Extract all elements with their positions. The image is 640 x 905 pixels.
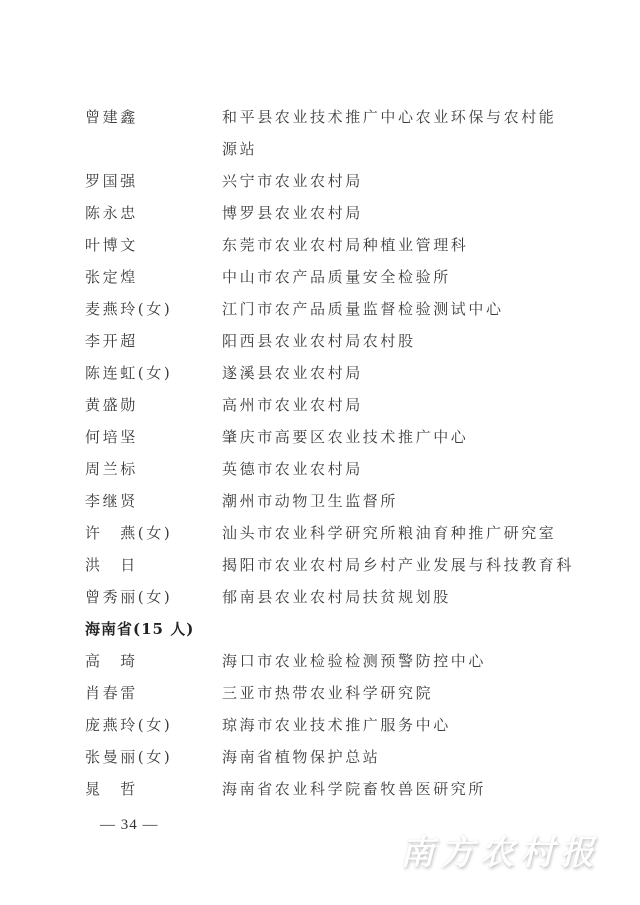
person-name: 曾建鑫 [85, 106, 138, 128]
work-unit: 汕头市农业科学研究所粮油育种推广研究室 [222, 522, 556, 544]
work-unit: 东莞市农业农村局种植业管理科 [222, 234, 468, 256]
work-unit: 博罗县农业农村局 [222, 202, 363, 224]
work-unit: 江门市农产品质量监督检验测试中心 [222, 298, 504, 320]
person-name: 许 燕(女) [85, 522, 172, 544]
work-unit: 郁南县农业农村局扶贫规划股 [222, 586, 451, 608]
person-name: 李开超 [85, 330, 138, 352]
work-unit: 中山市农产品质量安全检验所 [222, 266, 451, 288]
person-name: 黄盛勋 [85, 394, 138, 416]
work-unit: 揭阳市农业农村局乡村产业发展与科技教育科 [222, 554, 574, 576]
person-name: 陈永忠 [85, 202, 138, 224]
work-unit: 琼海市农业技术推广服务中心 [222, 714, 451, 736]
person-name: 高 琦 [85, 650, 138, 672]
work-unit: 遂溪县农业农村局 [222, 362, 363, 384]
work-unit: 和平县农业技术推广中心农业环保与农村能 [222, 106, 556, 128]
work-unit: 英德市农业农村局 [222, 458, 363, 480]
person-name: 罗国强 [85, 170, 138, 192]
person-name: 李继贤 [85, 490, 138, 512]
work-unit: 海口市农业检验检测预警防控中心 [222, 650, 486, 672]
person-name: 曾秀丽(女) [85, 586, 172, 608]
work-unit: 肇庆市高要区农业技术推广中心 [222, 426, 468, 448]
person-name: 张定煌 [85, 266, 138, 288]
person-name: 麦燕玲(女) [85, 298, 172, 320]
work-unit: 阳西县农业农村局农村股 [222, 330, 416, 352]
person-name: 晁 哲 [85, 778, 138, 800]
work-unit: 高州市农业农村局 [222, 394, 363, 416]
person-name: 洪 日 [85, 554, 138, 576]
work-unit: 海南省植物保护总站 [222, 746, 380, 768]
person-name: 陈连虹(女) [85, 362, 172, 384]
work-unit: 潮州市动物卫生监督所 [222, 490, 398, 512]
document-page: 曾建鑫 和平县农业技术推广中心农业环保与农村能 源站 罗国强 兴宁市农业农村局 … [0, 0, 640, 905]
work-unit: 三亚市热带农业科学研究院 [222, 682, 433, 704]
person-name: 张曼丽(女) [85, 746, 172, 768]
work-unit-continued: 源站 [222, 138, 257, 160]
section-heading-hainan: 海南省(15 人) [85, 618, 194, 640]
page-number: — 34 — [100, 815, 159, 835]
watermark-logo: 南方农村报 [400, 833, 600, 873]
person-name: 肖春雷 [85, 682, 138, 704]
person-name: 叶博文 [85, 234, 138, 256]
work-unit: 海南省农业科学院畜牧兽医研究所 [222, 778, 486, 800]
person-name: 周兰标 [85, 458, 138, 480]
person-name: 庞燕玲(女) [85, 714, 172, 736]
work-unit: 兴宁市农业农村局 [222, 170, 363, 192]
person-name: 何培坚 [85, 426, 138, 448]
